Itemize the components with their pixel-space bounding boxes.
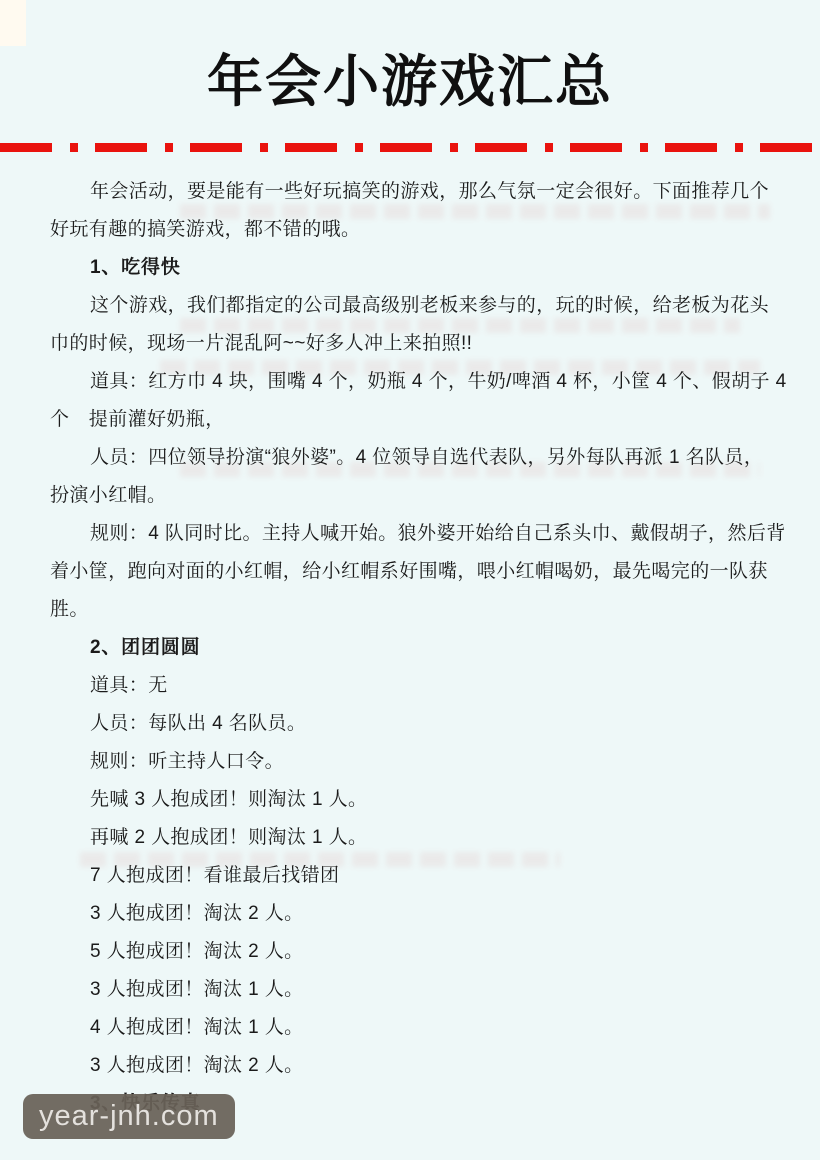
intro-line-2: 好玩有趣的搞笑游戏，都不错的哦。 <box>50 211 772 249</box>
game1-desc-line-1: 这个游戏，我们都指定的公司最高级别老板来参与的，玩的时候，给老板为花头 <box>50 287 772 325</box>
game1-rules-line-2: 着小筐，跑向对面的小红帽，给小红帽系好围嘴，喂小红帽喝奶，最先喝完的一队获 <box>50 553 772 591</box>
game2-step-line-1: 先喊 3 人抱成团！则淘汰 1 人。 <box>50 781 772 819</box>
corner-artifact <box>0 0 26 46</box>
watermark-text: year-jnh.com <box>39 1100 219 1133</box>
game1-desc-line-2: 巾的时候，现场一片混乱阿~~好多人冲上来拍照!! <box>50 325 772 363</box>
game2-step-line-2: 再喊 2 人抱成团！则淘汰 1 人。 <box>50 819 772 857</box>
game2-people-line: 人员：每队出 4 名队员。 <box>50 705 772 743</box>
document-body: 年会活动，要是能有一些好玩搞笑的游戏，那么气氛一定会很好。下面推荐几个 好玩有趣… <box>50 173 772 1123</box>
game1-people-line-1: 人员：四位领导扮演“狼外婆”。4 位领导自选代表队，另外每队再派 1 名队员， <box>50 439 772 477</box>
document-page: 年会小游戏汇总 年会活动，要是能有一些好玩搞笑的游戏，那么气氛一定会很好。下面推… <box>0 0 820 1160</box>
game2-step-line-4: 3 人抱成团！淘汰 2 人。 <box>50 895 772 933</box>
game1-rules-line-3: 胜。 <box>50 591 772 629</box>
watermark-badge: year-jnh.com <box>23 1094 235 1139</box>
game1-rules-line-1: 规则：4 队同时比。主持人喊开始。狼外婆开始给自己系头巾、戴假胡子，然后背 <box>50 515 772 553</box>
game2-props-line: 道具：无 <box>50 667 772 705</box>
game1-props-line-1: 道具：红方巾 4 块，围嘴 4 个，奶瓶 4 个，牛奶/啤酒 4 杯，小筐 4 … <box>50 363 772 401</box>
game2-step-line-6: 3 人抱成团！淘汰 1 人。 <box>50 971 772 1009</box>
game2-step-line-5: 5 人抱成团！淘汰 2 人。 <box>50 933 772 971</box>
game2-rules-line: 规则：听主持人口令。 <box>50 743 772 781</box>
section-2-heading: 2、团团圆圆 <box>50 629 772 667</box>
red-dashed-divider <box>0 143 820 152</box>
game2-step-line-8: 3 人抱成团！淘汰 2 人。 <box>50 1047 772 1085</box>
game2-step-line-7: 4 人抱成团！淘汰 1 人。 <box>50 1009 772 1047</box>
intro-line-1: 年会活动，要是能有一些好玩搞笑的游戏，那么气氛一定会很好。下面推荐几个 <box>50 173 772 211</box>
section-1-heading: 1、吃得快 <box>50 249 772 287</box>
game1-people-line-2: 扮演小红帽。 <box>50 477 772 515</box>
game1-props-line-2: 个 提前灌好奶瓶， <box>50 401 772 439</box>
game2-step-line-3: 7 人抱成团！看谁最后找错团 <box>50 857 772 895</box>
page-title: 年会小游戏汇总 <box>0 50 820 117</box>
